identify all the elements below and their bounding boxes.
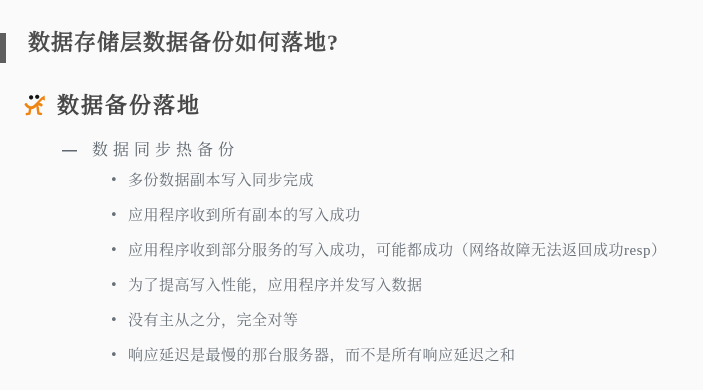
section-heading: 数据备份落地: [57, 92, 201, 120]
bullet-dot-icon: •: [110, 345, 128, 367]
left-accent-bar: [0, 33, 6, 63]
bullet-text: 为了提高写入性能，应用程序并发写入数据: [128, 275, 423, 297]
subsection-row: — 数据同步热备份: [62, 139, 239, 163]
bullet-dot-icon: •: [110, 310, 128, 332]
bullet-item: • 应用程序收到部分服务的写入成功，可能都成功（网络故障无法返回成功resp）: [110, 240, 667, 262]
bullet-dot-icon: •: [110, 205, 128, 227]
slide: 数据存储层数据备份如何落地? 数据备份落地 — 数据同步热备份 • 多份数据副本…: [0, 0, 703, 390]
bullet-text: 应用程序收到部分服务的写入成功，可能都成功（网络故障无法返回成功resp）: [128, 240, 667, 262]
bullet-text: 响应延迟是最慢的那台服务器，而不是所有响应延迟之和: [128, 345, 516, 367]
bullet-text: 多份数据副本写入同步完成: [128, 170, 314, 192]
slide-title: 数据存储层数据备份如何落地?: [28, 28, 339, 58]
mindmap-logo-icon: [24, 94, 46, 119]
section-heading-row: 数据备份落地: [24, 92, 201, 120]
bullet-item: • 响应延迟是最慢的那台服务器，而不是所有响应延迟之和: [110, 345, 667, 367]
bullet-item: • 应用程序收到所有副本的写入成功: [110, 205, 667, 227]
dash-bullet-marker: —: [62, 139, 77, 163]
bullet-text: 没有主从之分，完全对等: [128, 310, 299, 332]
bullet-item: • 没有主从之分，完全对等: [110, 310, 667, 332]
bullet-dot-icon: •: [110, 275, 128, 297]
subsection-heading: 数据同步热备份: [92, 139, 239, 163]
bullet-item: • 多份数据副本写入同步完成: [110, 170, 667, 192]
bullet-text: 应用程序收到所有副本的写入成功: [128, 205, 361, 227]
bullet-dot-icon: •: [110, 170, 128, 192]
bullet-item: • 为了提高写入性能，应用程序并发写入数据: [110, 275, 667, 297]
bullet-list: • 多份数据副本写入同步完成 • 应用程序收到所有副本的写入成功 • 应用程序收…: [110, 170, 667, 380]
bullet-dot-icon: •: [110, 240, 128, 262]
